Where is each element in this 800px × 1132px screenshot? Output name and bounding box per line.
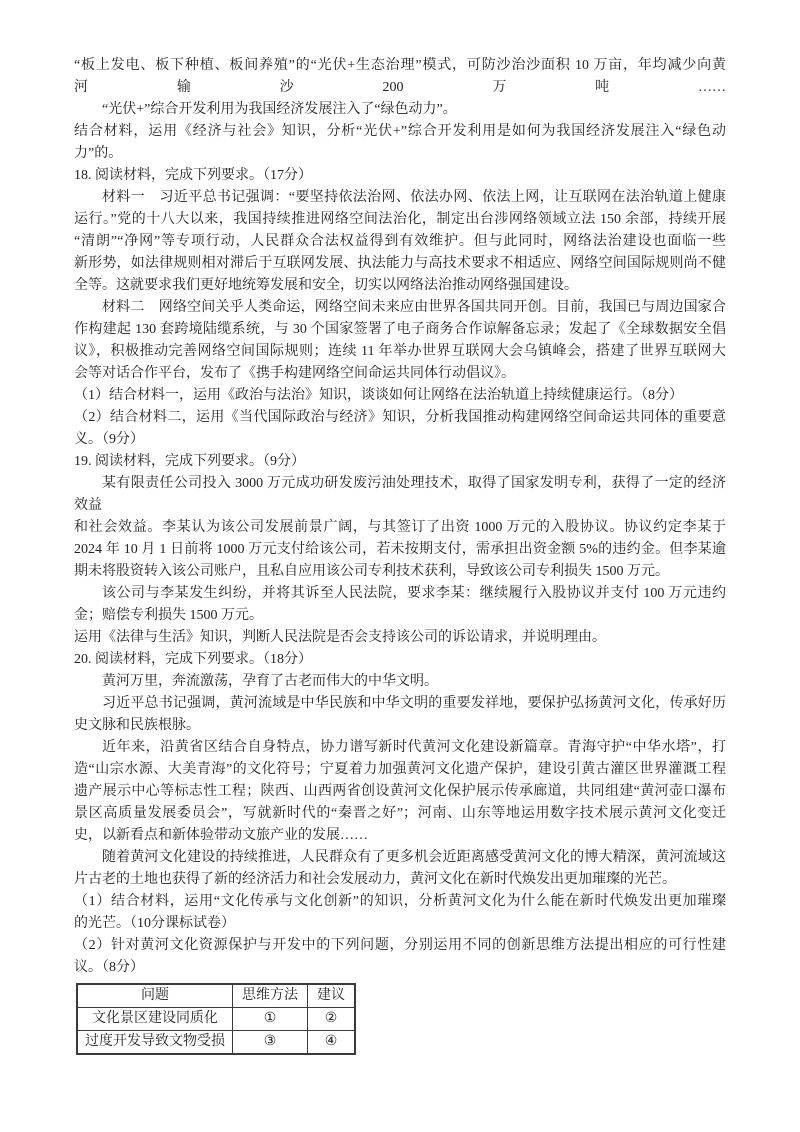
text-line: 新形势，如法律规则相对滞后于互联网发展、执法能力与高技术要求不相适应、网络空间国…	[74, 253, 726, 275]
text-line: 期未将股资转入该公司账户，且私自应用该公司专利技术获利，导致该公司专利损失 15…	[74, 561, 726, 583]
text-line: 运行。”党的十八大以来，我国持续推进网络空间法治化，制定出台涉网络领域立法 15…	[74, 209, 726, 231]
text-line: （2）针对黄河文化资源保护与开发中的下列问题，分别运用不同的创新思维方法提出相应…	[74, 935, 726, 957]
text-line: 金；赔偿专利损失 1500 万元。	[74, 605, 726, 627]
table-cell: ①	[233, 1008, 308, 1031]
text-line: 议。（8分）	[74, 957, 726, 979]
document-lines: “板上发电、板下种植、板间养殖”的“光伏+生态治理”模式，可防沙治沙面积 10 …	[74, 55, 726, 979]
table-row: 过度开发导致文物受损③④	[77, 1031, 355, 1055]
table-row: 问题思维方法建议	[77, 984, 355, 1008]
text-line: 议》，积极推动完善网络空间国际规则；连续 11 年举办世界互联网大会乌镇峰会，搭…	[74, 341, 726, 363]
table-header-row: 问题思维方法建议	[77, 984, 355, 1008]
text-line: 20. 阅读材料，完成下列要求。（18分）	[74, 649, 726, 671]
text-line: （1）结合材料，运用“文化传承与文化创新”的知识，分析黄河文化为什么能在新时代焕…	[74, 891, 726, 913]
text-line: 19. 阅读材料，完成下列要求。（9分）	[74, 451, 726, 473]
text-line: （1）结合材料一，运用《政治与法治》知识，谈谈如何让网络在法治轨道上持续健康运行…	[74, 385, 726, 407]
spread-token: 输	[177, 77, 191, 99]
text-line: 和社会效益。李某认为该公司发展前景广阔，与其签订了出资 1000 万元的入股协议…	[74, 517, 726, 539]
table-cell: ②	[308, 1008, 356, 1031]
text-line: 全等。这就要求我们更好地统筹发展和安全，切实以网络法治推动网络强国建设。	[74, 275, 726, 297]
exam-paper-page: “板上发电、板下种植、板间养殖”的“光伏+生态治理”模式，可防沙治沙面积 10 …	[0, 0, 800, 1132]
text-line: “清朗”“净网”等专项行动，人民群众合法权益得到有效维护。但与此同时，网络法治建…	[74, 231, 726, 253]
text-line: 18. 阅读材料，完成下列要求。（17分）	[74, 165, 726, 187]
table-cell: ④	[308, 1031, 356, 1055]
table-cell: 文化景区建设同质化	[77, 1008, 233, 1031]
text-line: 遗产展示中心等标志性工程；陕西、山西两省创设黄河文化保护展示传承廊道，共同组建“…	[74, 781, 726, 803]
text-line: 习近平总书记强调，黄河流域是中华民族和中华文明的重要发祥地，要保护弘扬黄河文化，…	[74, 693, 726, 715]
text-line: 造“山宗水源、大美青海”的文化符号；宁夏着力加强黄河文化遗产保护，建设引黄古灌区…	[74, 759, 726, 781]
text-line: 会等对话合作平台，发布了《携手构建网络空间命运共同体行动倡议》。	[74, 363, 726, 385]
text-line: “光伏+”综合开发利用为我国经济发展注入了“绿色动力”。	[74, 99, 726, 121]
justified-spread-line: 河输沙200万吨……	[74, 77, 726, 99]
spread-token: 万	[492, 77, 506, 99]
table-cell: 过度开发导致文物受损	[77, 1031, 233, 1055]
text-line: 某有限责任公司投入 3000 万元成功研发废污油处理技术，取得了国家发明专利，获…	[74, 473, 726, 495]
spread-token: 200	[382, 77, 403, 99]
text-line: 效益	[74, 495, 726, 517]
text-line: 材料二 网络空间关乎人类命运，网络空间未来应由世界各国共同开创。目前，我国已与周…	[74, 297, 726, 319]
spread-token: 河	[74, 77, 88, 99]
spread-token: 沙	[280, 77, 294, 99]
table-header-cell: 建议	[308, 984, 356, 1008]
text-line: 作构建起 130 套跨境陆缆系统，与 30 个国家签署了电子商务合作谅解备忘录；…	[74, 319, 726, 341]
text-line: 黄河万里，奔流激荡，孕育了古老而伟大的中华文明。	[74, 671, 726, 693]
text-line: 材料一 习近平总书记强调：“要坚持依法治网、依法办网、依法上网，让互联网在法治轨…	[74, 187, 726, 209]
text-line: 该公司与李某发生纠纷，并将其诉至人民法院，要求李某：继续履行入股协议并支付 10…	[74, 583, 726, 605]
innovation-methods-table: 问题思维方法建议 文化景区建设同质化①②过度开发导致文物受损③④	[76, 983, 356, 1055]
text-line: 结合材料，运用《经济与社会》知识，分析“光伏+”综合开发利用是如何为我国经济发展…	[74, 121, 726, 143]
text-line: 义。（9分）	[74, 429, 726, 451]
table-cell: ③	[233, 1031, 308, 1055]
table-header-cell: 问题	[77, 984, 233, 1008]
text-line: （2）结合材料二，运用《当代国际政治与经济》知识，分析我国推动构建网络空间命运共…	[74, 407, 726, 429]
text-line: 片古老的土地也获得了新的经济活力和社会发展动力，黄河文化在新时代焕发出更加璀璨的…	[74, 869, 726, 891]
table-header-cell: 思维方法	[233, 984, 308, 1008]
text-line: 运用《法律与生活》知识，判断人民法院是否会支持该公司的诉讼请求，并说明理由。	[74, 627, 726, 649]
text-line: 景区高质量发展委员会”，写就新时代的“秦晋之好”；河南、山东等地运用数字技术展示…	[74, 803, 726, 825]
text-line: “板上发电、板下种植、板间养殖”的“光伏+生态治理”模式，可防沙治沙面积 10 …	[74, 55, 726, 77]
table-body: 文化景区建设同质化①②过度开发导致文物受损③④	[77, 1008, 355, 1055]
text-line: 力”的。	[74, 143, 726, 165]
text-line: 近年来，沿黄省区结合自身特点，协力谱写新时代黄河文化建设新篇章。青海守护“中华水…	[74, 737, 726, 759]
text-line: 2024 年 10 月 1 日前将 1000 万元支付给该公司，若未按期支付，需…	[74, 539, 726, 561]
text-line: 史，以新看点和新体验带动文旅产业的发展……	[74, 825, 726, 847]
text-line: 随着黄河文化建设的持续推进，人民群众有了更多机会近距离感受黄河文化的博大精深，黄…	[74, 847, 726, 869]
spread-token: 吨	[595, 77, 609, 99]
text-line: 史文脉和民族根脉。	[74, 715, 726, 737]
table-row: 文化景区建设同质化①②	[77, 1008, 355, 1031]
text-line: 的光芒。（10分课标试卷）	[74, 913, 726, 935]
spread-token: ……	[698, 77, 726, 99]
